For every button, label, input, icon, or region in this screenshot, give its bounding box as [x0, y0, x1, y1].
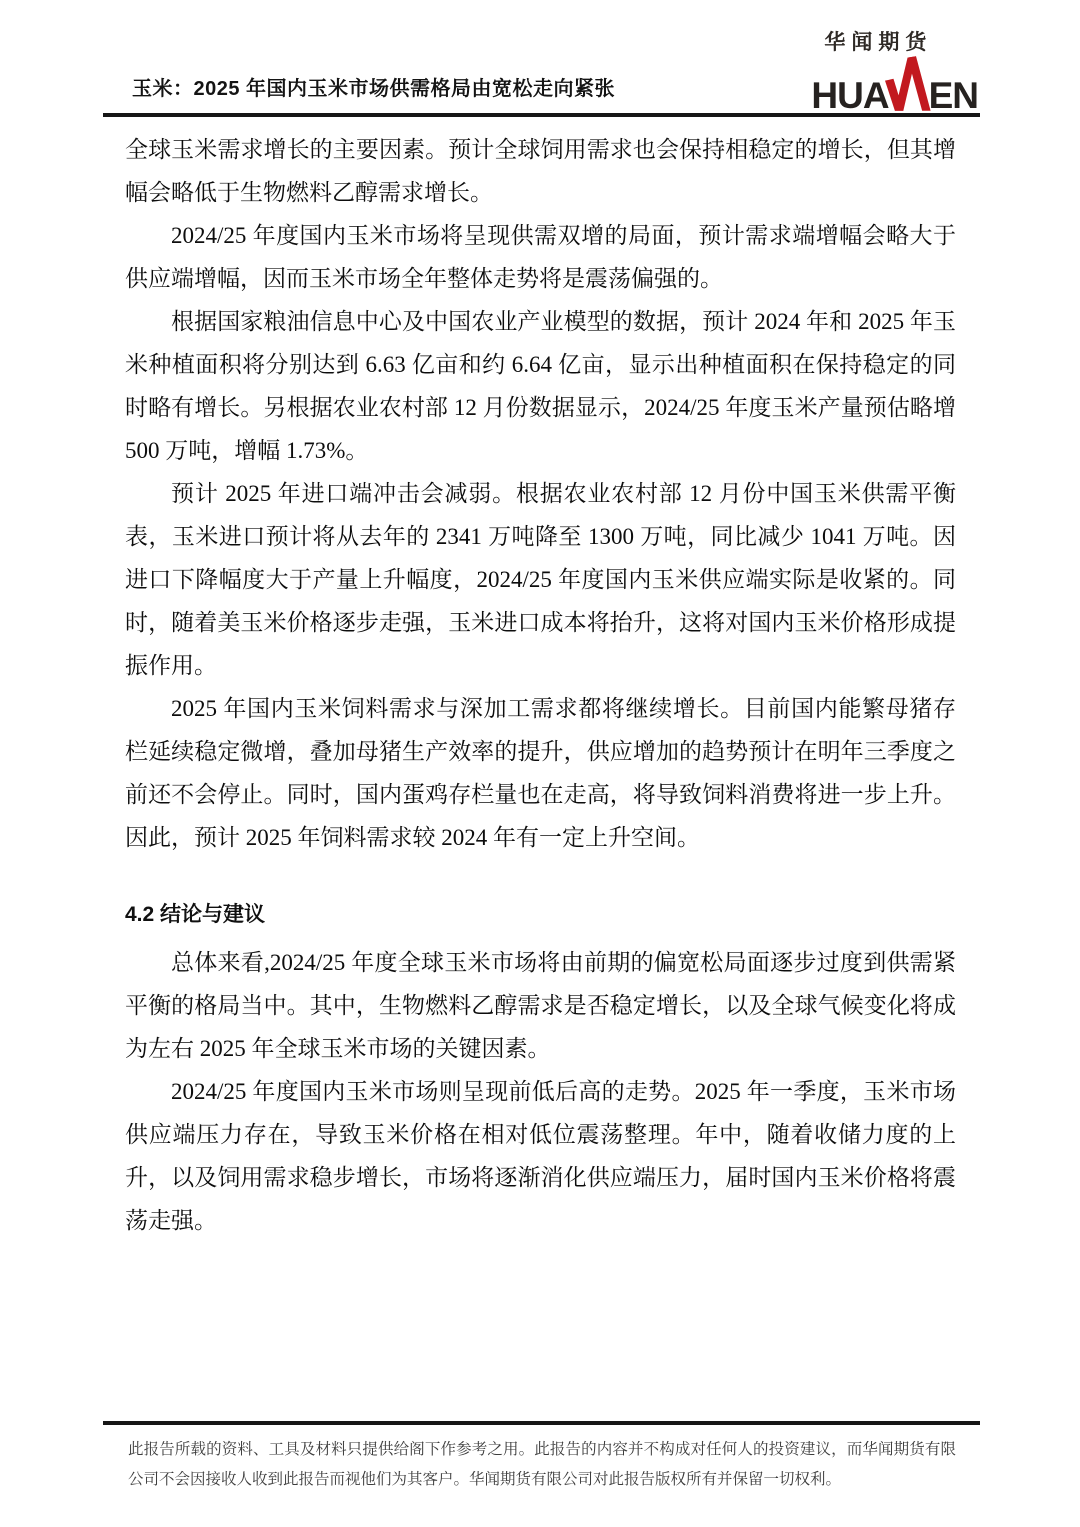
paragraph: 预计 2025 年进口端冲击会减弱。根据农业农村部 12 月份中国玉米供需平衡表…: [125, 472, 956, 687]
report-page: 玉米：2025 年国内玉米市场供需格局由宽松走向紧张 华闻期货 HUA EN 全…: [0, 0, 1080, 1527]
paragraph: 总体来看,2024/25 年度全球玉米市场将由前期的偏宽松局面逐步过度到供需紧平…: [125, 941, 956, 1070]
logo-en-right: EN: [929, 80, 978, 111]
section-paragraphs: 总体来看,2024/25 年度全球玉米市场将由前期的偏宽松局面逐步过度到供需紧平…: [125, 941, 956, 1242]
paragraph: 全球玉米需求增长的主要因素。预计全球饲用需求也会保持相稳定的增长，但其增幅会略低…: [125, 128, 956, 214]
disclaimer-text: 此报告所载的资料、工具及材料只提供给阁下作参考之用。此报告的内容并不构成对任何人…: [128, 1435, 956, 1495]
report-title: 玉米：2025 年国内玉米市场供需格局由宽松走向紧张: [132, 72, 615, 101]
body-paragraphs: 全球玉米需求增长的主要因素。预计全球饲用需求也会保持相稳定的增长，但其增幅会略低…: [125, 128, 956, 859]
logo-en-left: HUA: [811, 80, 888, 111]
paragraph: 2025 年国内玉米饲料需求与深加工需求都将继续增长。目前国内能繁母猪存栏延续稳…: [125, 687, 956, 859]
huawen-logo: 华闻期货 HUA EN: [811, 32, 978, 111]
page-footer: 此报告所载的资料、工具及材料只提供给阁下作参考之用。此报告的内容并不构成对任何人…: [103, 1421, 980, 1495]
paragraph: 2024/25 年度国内玉米市场则呈现前低后高的走势。2025 年一季度，玉米市…: [125, 1070, 956, 1242]
logo-english-text: HUA EN: [811, 55, 978, 111]
report-body: 全球玉米需求增长的主要因素。预计全球饲用需求也会保持相稳定的增长，但其增幅会略低…: [125, 128, 956, 1242]
paragraph: 根据国家粮油信息中心及中国农业产业模型的数据，预计 2024 年和 2025 年…: [125, 300, 956, 472]
logo-red-w-icon: [885, 55, 932, 112]
page-header: 玉米：2025 年国内玉米市场供需格局由宽松走向紧张 华闻期货 HUA EN: [103, 0, 980, 117]
section-heading: 4.2 结论与建议: [125, 899, 956, 931]
paragraph: 2024/25 年度国内玉米市场将呈现供需双增的局面，预计需求端增幅会略大于供应…: [125, 214, 956, 300]
logo-chinese-text: 华闻期货: [811, 32, 932, 53]
